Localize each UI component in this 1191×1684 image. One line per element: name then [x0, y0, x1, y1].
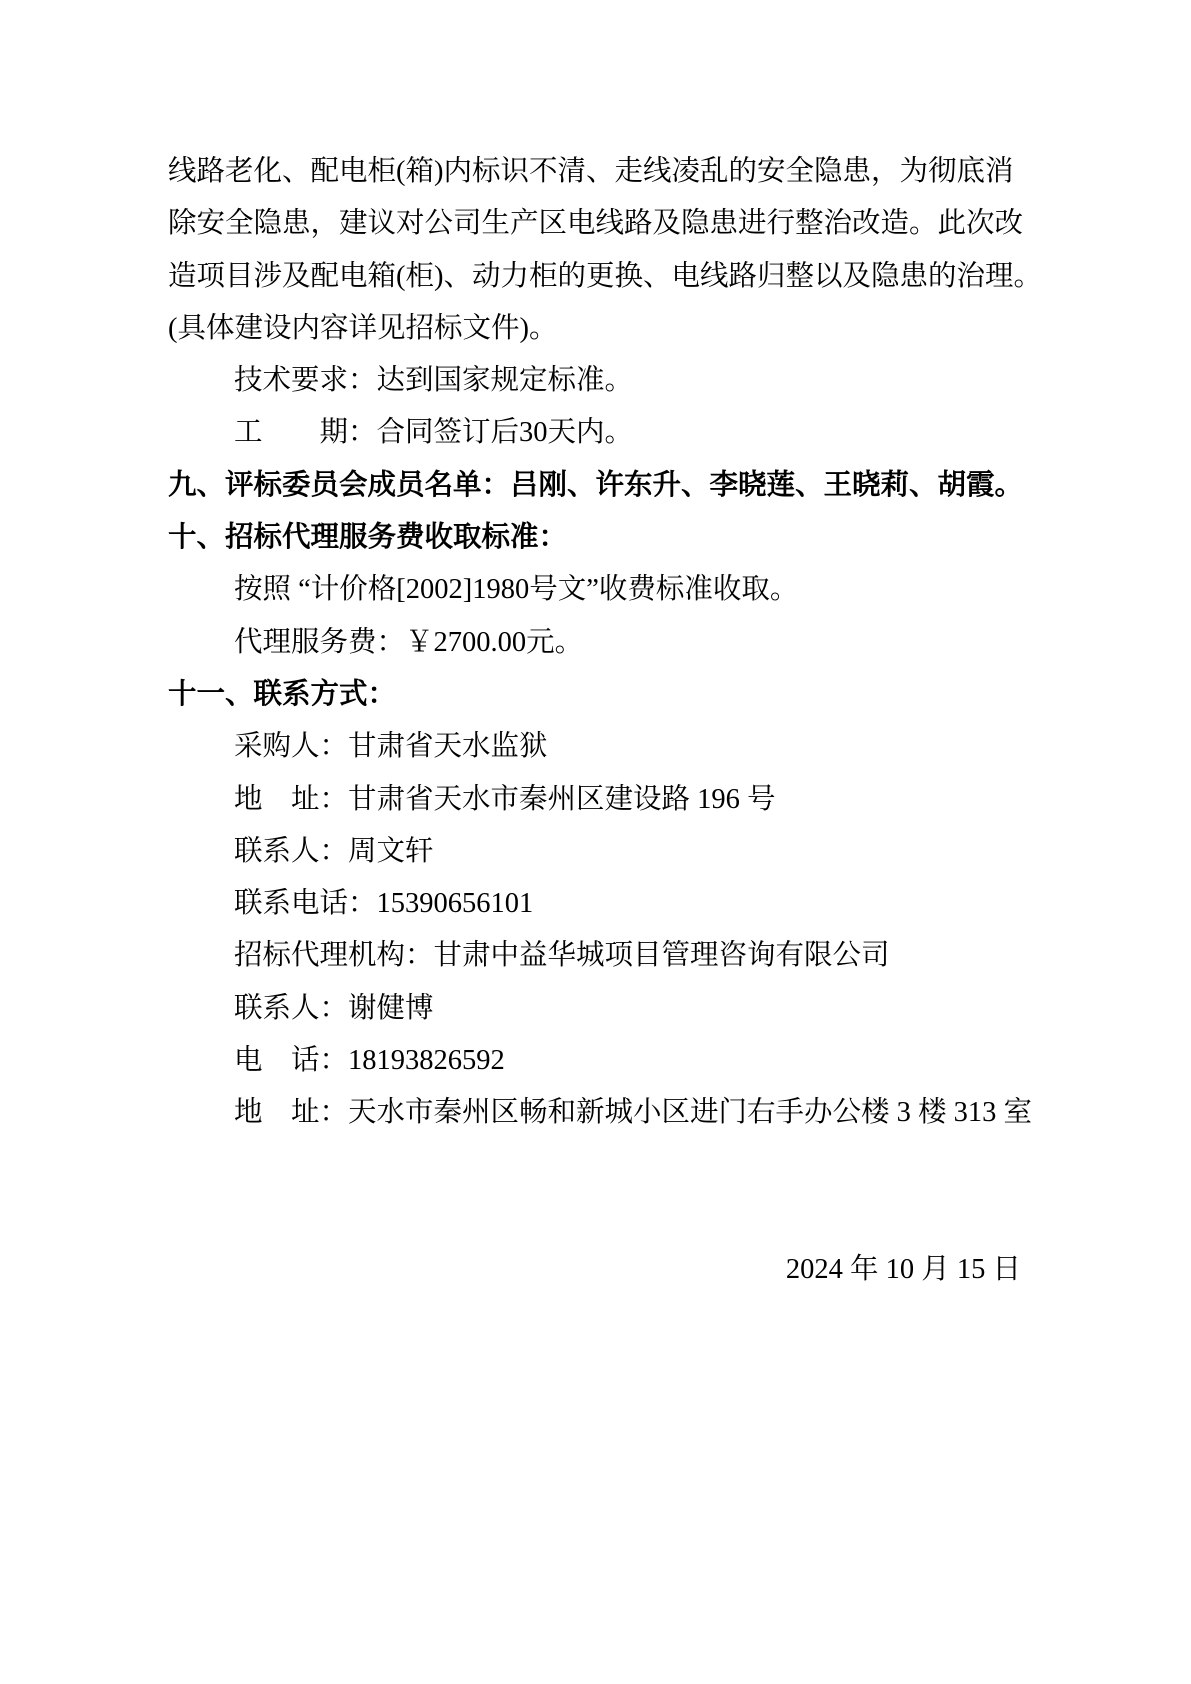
date-line: 2024 年 10 月 15 日 [168, 1244, 1021, 1296]
blank-line [168, 1140, 1021, 1192]
tech-requirement-line: 技术要求：达到国家规定标准。 [168, 355, 1021, 407]
paragraph-line-1: 线路老化、配电柜(箱)内标识不清、走线凌乱的安全隐患，为彻底消 [168, 146, 1021, 198]
duration-line: 工 期：合同签订后30天内。 [168, 407, 1021, 459]
agency-line: 招标代理机构：甘肃中益华城项目管理咨询有限公司 [168, 930, 1021, 982]
purchaser-address-line: 地 址：甘肃省天水市秦州区建设路 196 号 [168, 774, 1021, 826]
paragraph-line-4: (具体建设内容详见招标文件)。 [168, 303, 1021, 355]
section-11-heading: 十一、联系方式： [168, 669, 1021, 721]
paragraph-line-3: 造项目涉及配电箱(柜)、动力柜的更换、电线路归整以及隐患的治理。 [168, 251, 1021, 303]
agency-address-line: 地 址：天水市秦州区畅和新城小区进门右手办公楼 3 楼 313 室 [168, 1087, 1021, 1139]
paragraph-line-2: 除安全隐患，建议对公司生产区电线路及隐患进行整治改造。此次改 [168, 198, 1021, 250]
document-page: 线路老化、配电柜(箱)内标识不清、走线凌乱的安全隐患，为彻底消 除安全隐患，建议… [0, 0, 1191, 1684]
purchaser-line: 采购人：甘肃省天水监狱 [168, 721, 1021, 773]
purchaser-contact-line: 联系人：周文轩 [168, 826, 1021, 878]
section-9-heading: 九、评标委员会成员名单：吕刚、许东升、李晓莲、王晓莉、胡霞。 [168, 460, 1021, 512]
fee-basis-line: 按照 “计价格[2002]1980号文”收费标准收取。 [168, 564, 1021, 616]
purchaser-phone-line: 联系电话：15390656101 [168, 878, 1021, 930]
section-10-heading: 十、招标代理服务费收取标准： [168, 512, 1021, 564]
agency-fee-line: 代理服务费：￥2700.00元。 [168, 617, 1021, 669]
agency-contact-line: 联系人：谢健博 [168, 983, 1021, 1035]
blank-line [168, 1192, 1021, 1244]
agency-phone-line: 电 话：18193826592 [168, 1035, 1021, 1087]
document-content: 线路老化、配电柜(箱)内标识不清、走线凌乱的安全隐患，为彻底消 除安全隐患，建议… [168, 146, 1021, 1297]
